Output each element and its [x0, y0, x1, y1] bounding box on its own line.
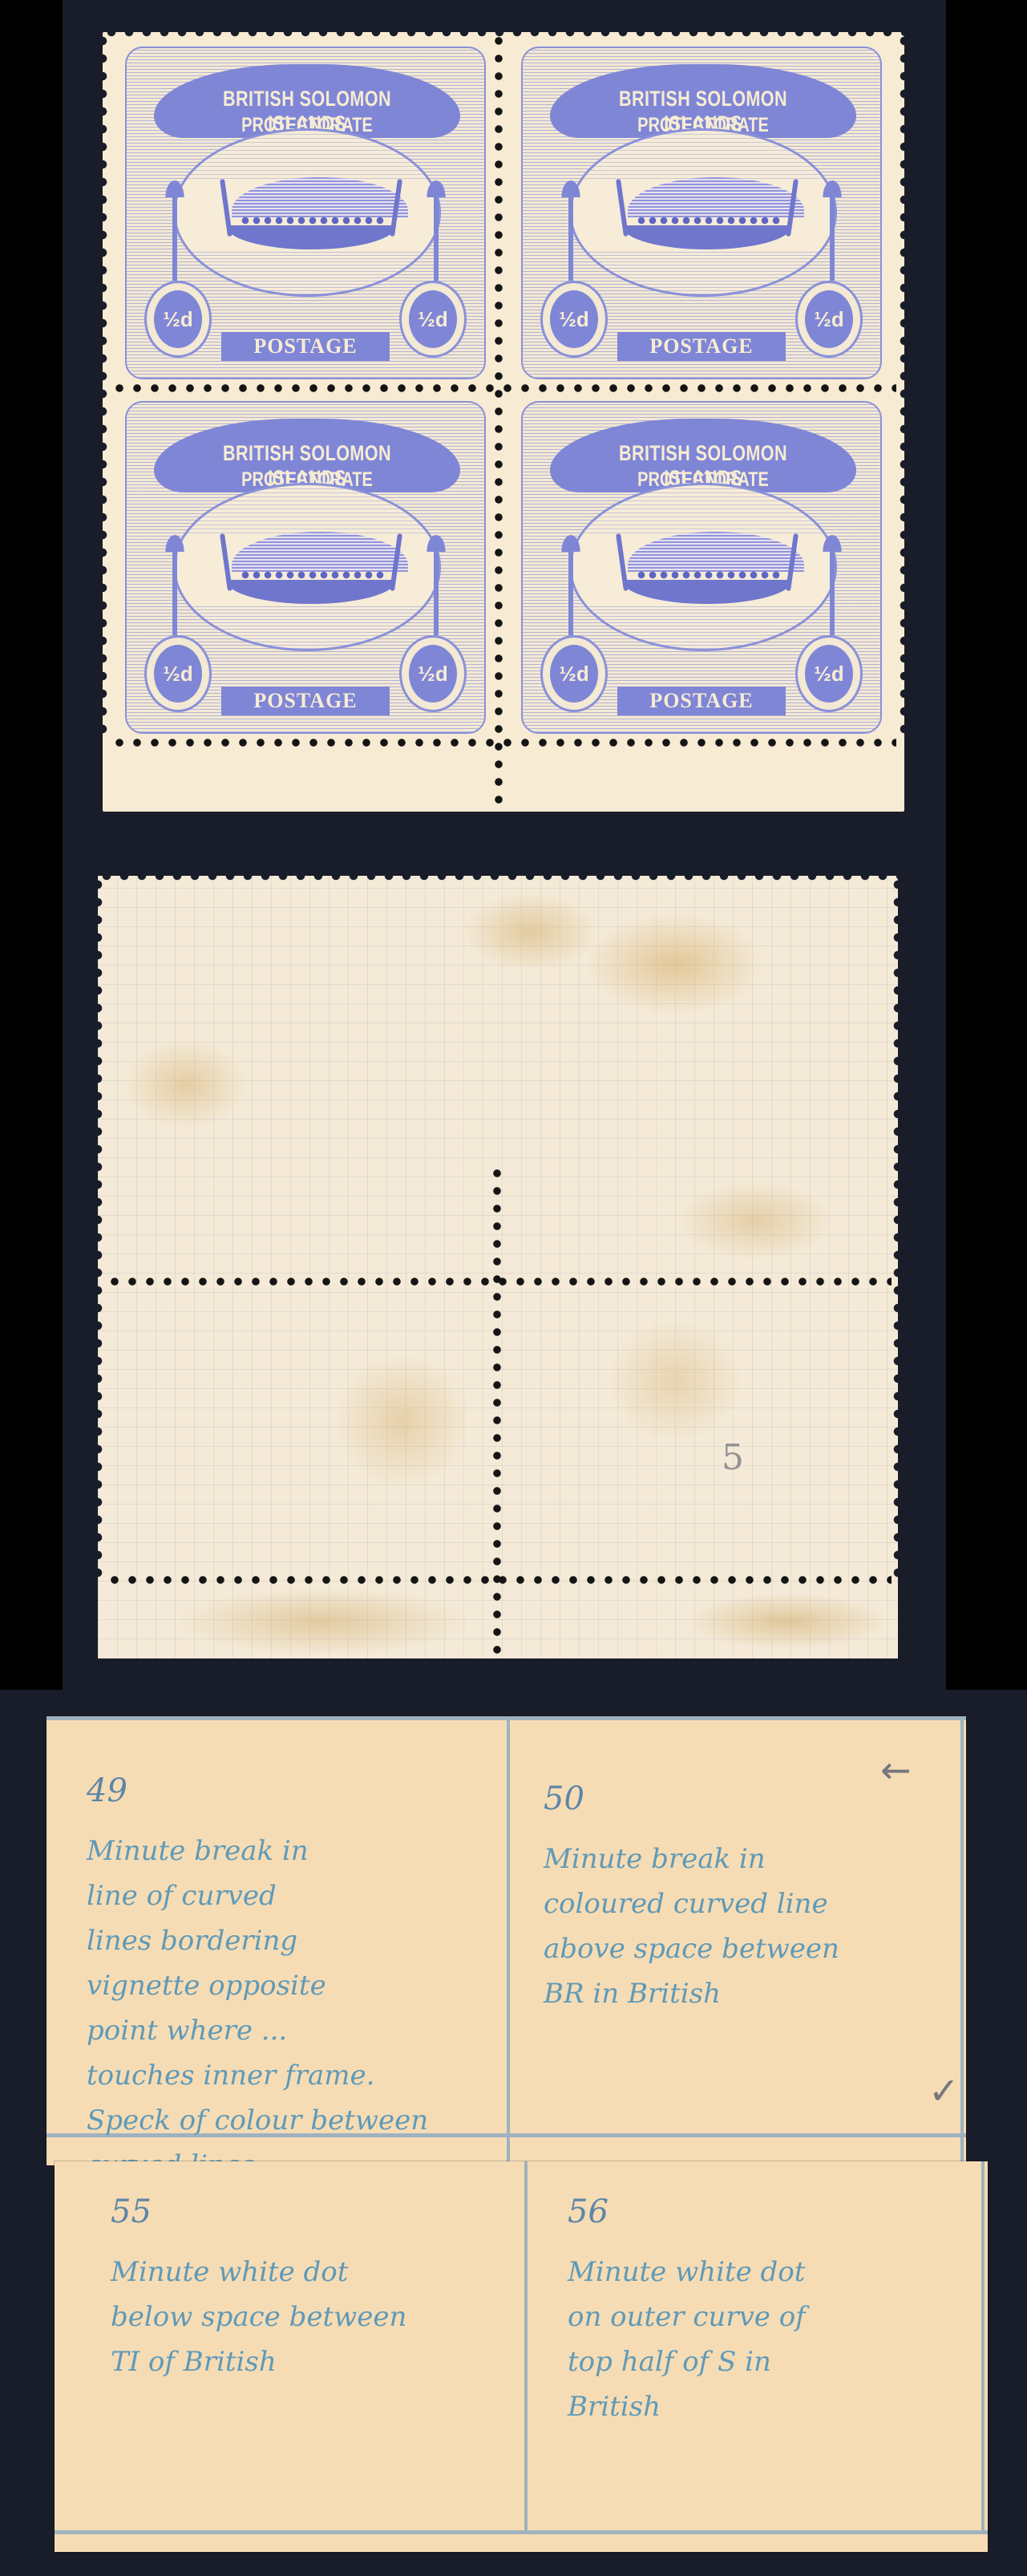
palm-tree-icon [555, 160, 587, 281]
perforation-edge-right [893, 876, 903, 1582]
stamp-postage-label: POSTAGE [221, 332, 390, 361]
note-number: 49 [87, 1772, 487, 1809]
perforation-row-middle [111, 383, 896, 393]
stamp-value-left: ½d [540, 635, 608, 712]
stamp-value-right: ½d [399, 635, 467, 712]
stamp-bottom-right: BRITISH SOLOMON ISLANDS PROTECTORATE ½d … [521, 401, 882, 734]
perforation-edge-left [93, 876, 103, 1582]
note-text: Minute break in coloured curved line abo… [544, 1837, 944, 2016]
stamp-block-back: 5 [98, 876, 898, 1659]
perforation-row-bottom [111, 738, 896, 747]
stamp-block-front: BRITISH SOLOMON ISLANDS PROTECTORATE ½d … [103, 32, 904, 812]
perforation-edge-right [900, 32, 909, 738]
note-text: Minute break in line of curved lines bor… [87, 1829, 487, 2188]
stamp-postage-label: POSTAGE [617, 687, 786, 715]
stamp-vignette-canoe [569, 483, 837, 651]
perforation-row-bottom [106, 1575, 892, 1585]
palm-tree-icon [420, 160, 452, 281]
note-text: Minute white dot on outer curve of top h… [568, 2250, 968, 2429]
perforation-edge-top [103, 27, 904, 37]
stamp-top-right: BRITISH SOLOMON ISLANDS PROTECTORATE ½d … [521, 47, 882, 379]
note-number: 56 [568, 2193, 968, 2230]
palm-tree-icon [159, 160, 191, 281]
stamp-vignette-canoe [173, 128, 441, 297]
divider [981, 2161, 985, 2534]
note-cell-56: 56 Minute white dot on outer curve of to… [568, 2193, 968, 2429]
stamp-top-left: BRITISH SOLOMON ISLANDS PROTECTORATE ½d … [125, 47, 486, 379]
stamp-value-right: ½d [795, 281, 863, 358]
note-cell-50: 50 Minute break in coloured curved line … [544, 1780, 944, 2016]
stamp-bottom-left: BRITISH SOLOMON ISLANDS PROTECTORATE ½d … [125, 401, 486, 734]
checkmark-icon: ✓ [928, 2069, 960, 2112]
note-cell-55: 55 Minute white dot below space between … [111, 2193, 511, 2384]
palm-tree-icon [159, 515, 191, 635]
stamp-banner: BRITISH SOLOMON ISLANDS PROTECTORATE [550, 419, 856, 492]
note-text: Minute white dot below space between TI … [111, 2250, 511, 2384]
stamp-value-left: ½d [540, 281, 608, 358]
stamp-value-left: ½d [144, 281, 212, 358]
stamp-value-right: ½d [399, 281, 467, 358]
perforation-edge-left [98, 32, 107, 738]
perforation-edge-top [98, 871, 898, 881]
divider [524, 2161, 528, 2534]
stamp-value-left: ½d [144, 635, 212, 712]
stamp-postage-label: POSTAGE [617, 332, 786, 361]
note-number: 55 [111, 2193, 511, 2230]
stamp-banner: BRITISH SOLOMON ISLANDS PROTECTORATE [154, 64, 460, 138]
stamp-vignette-canoe [569, 128, 837, 297]
palm-tree-icon [816, 515, 848, 635]
stamp-banner: BRITISH SOLOMON ISLANDS PROTECTORATE [550, 64, 856, 138]
divider [960, 1716, 964, 2165]
stamp-value-right: ½d [795, 635, 863, 712]
notes-strip-upper: 49 Minute break in line of curved lines … [46, 1716, 966, 2165]
arrow-left-icon: ← [880, 1748, 912, 1792]
note-cell-49: 49 Minute break in line of curved lines … [87, 1772, 487, 2188]
divider [55, 2530, 988, 2534]
palm-tree-icon [555, 515, 587, 635]
stamp-banner: BRITISH SOLOMON ISLANDS PROTECTORATE [154, 419, 460, 492]
stamp-vignette-canoe [173, 483, 441, 651]
perforation-row-middle [106, 1277, 892, 1286]
pencil-mark: 5 [722, 1437, 744, 1478]
notes-strip-lower: 55 Minute white dot below space between … [55, 2161, 988, 2552]
palm-tree-icon [420, 515, 452, 635]
divider [507, 1716, 510, 2165]
stamp-postage-label: POSTAGE [221, 687, 390, 715]
perforation-column-middle [494, 32, 503, 812]
palm-tree-icon [816, 160, 848, 281]
